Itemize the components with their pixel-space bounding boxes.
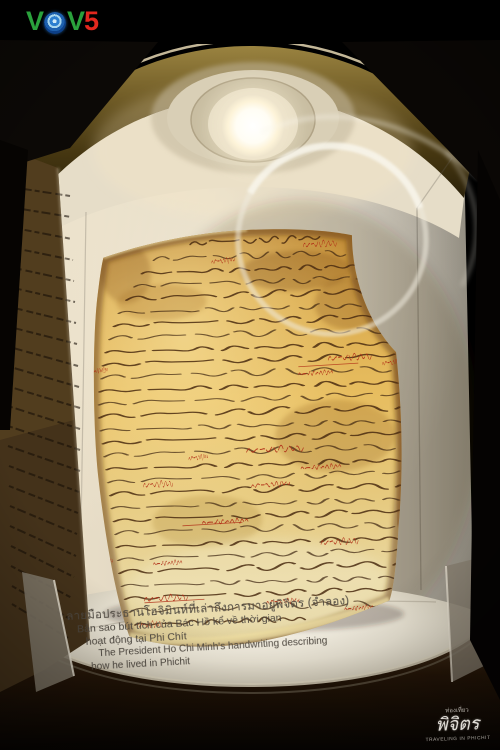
watermark-logo: ท่องเที่ยว พิจิตร TRAVELING IN PHICHIT [424, 704, 490, 743]
logo-letter-v1: V [26, 6, 43, 37]
vov5-logo: VV5 [26, 6, 98, 37]
watermark-thai-large: พิจิตร [425, 714, 491, 736]
logo-digit-5: 5 [84, 6, 98, 37]
vov-globe-icon [44, 12, 66, 34]
museum-photo: VV5 ลายมือประธานโฮจิมินห์ที่เล่าถึงการมา… [0, 0, 500, 750]
logo-letter-v2: V [67, 6, 84, 37]
